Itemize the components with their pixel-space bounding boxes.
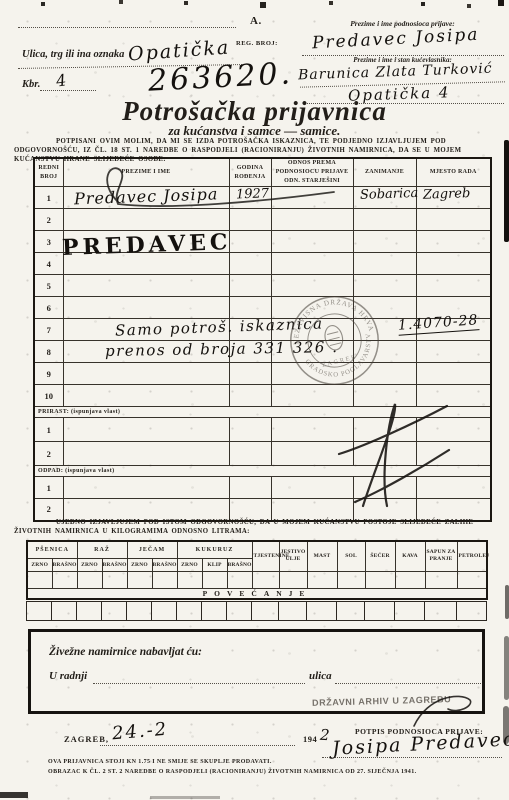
- workplace-cell: Zagreb: [416, 187, 491, 209]
- footer-line1: OVA PRIJAVNICA STOJI KN 1.75 I NE SMIJE …: [48, 759, 272, 765]
- supplies-group-header: ŠEĆER: [365, 541, 395, 571]
- year-printed: 194: [303, 734, 317, 744]
- supplies-cell: [52, 571, 77, 588]
- supplies-cell: [127, 571, 152, 588]
- supplies-group-header: SOL: [337, 541, 365, 571]
- occupation-cell: [353, 275, 416, 297]
- table-cell: [63, 442, 229, 466]
- shop-label: U radnji: [49, 670, 87, 682]
- increase-cell: [337, 602, 365, 621]
- workplace-cell: [416, 209, 491, 231]
- supplies-sub-header: KLIP: [202, 558, 227, 571]
- name-cell: [63, 385, 229, 407]
- year-cell: [229, 275, 271, 297]
- supplies-cell: [77, 571, 102, 588]
- member-year-handwriting: 1927: [229, 186, 269, 202]
- registration-number-handwriting: 263620.: [147, 56, 294, 99]
- supplies-group-header: JEČAM: [127, 541, 177, 558]
- workplace-cell: [416, 231, 491, 253]
- workplace-cell: [416, 363, 491, 385]
- prirast-row: 1: [34, 418, 491, 442]
- supplies-group-header: SAPUN ZA PRANJE: [425, 541, 457, 571]
- occupation-cell: Sobarica: [353, 187, 416, 209]
- increase-cell: [227, 602, 252, 621]
- table-cell: 2: [34, 499, 63, 521]
- food-supplies-table: PŠENICARAŽJEČAMKUKURUZTJESTENINEJESTIVO …: [26, 540, 488, 600]
- member-row: 5: [34, 275, 491, 297]
- occupation-cell: [353, 363, 416, 385]
- name-cell: [63, 209, 229, 231]
- table-cell: [416, 442, 491, 466]
- table-cell: [353, 442, 416, 466]
- purchase-heading: Živežne namirnice nabavljat ću:: [49, 646, 202, 658]
- year-cell: [229, 209, 271, 231]
- workplace-cell: [416, 385, 491, 407]
- year-cell: [229, 253, 271, 275]
- supplies-cell: [365, 571, 395, 588]
- name-cell: Predavec Josipa: [63, 187, 229, 209]
- member-row: 10: [34, 385, 491, 407]
- members-col-header: ODNOS PREMA PODNOSIOCU PRIJAVE ODN. STAR…: [271, 158, 353, 187]
- table-cell: [63, 418, 229, 442]
- increase-cell: [307, 602, 337, 621]
- relation-cell: [271, 209, 353, 231]
- shop-dotted-line: [93, 683, 305, 684]
- increase-cell: [202, 602, 227, 621]
- applicant-name-handwriting: Predavec Josipa: [312, 25, 480, 54]
- year-cell: [229, 297, 271, 319]
- povecanje-row: POVEĆANJE: [27, 588, 487, 599]
- table-cell: [271, 477, 353, 499]
- row-number-cell: 1: [34, 187, 63, 209]
- supplies-increase-strip: [26, 601, 487, 621]
- odpad-row: 1: [34, 477, 491, 499]
- table-cell: [271, 418, 353, 442]
- occupation-cell: [353, 341, 416, 363]
- relation-cell: [271, 231, 353, 253]
- kbr-value-handwriting: 4: [55, 70, 68, 90]
- supplies-cell: [227, 571, 252, 588]
- supplies-cell: [395, 571, 425, 588]
- increase-cell: [395, 602, 425, 621]
- members-col-header: MJESTO RADA: [416, 158, 491, 187]
- supplies-group-header: MAST: [307, 541, 337, 571]
- prirast-label: PRIRAST: (ispunjava vlast): [34, 407, 491, 418]
- odpad-band: ODPAD: (ispunjava vlast): [34, 466, 491, 477]
- occupation-cell: [353, 231, 416, 253]
- supplies-cell: [102, 571, 127, 588]
- supplies-cell: [307, 571, 337, 588]
- scan-edge-artifact: [0, 792, 28, 798]
- year-cell: 1927: [229, 187, 271, 209]
- year-cell: [229, 363, 271, 385]
- supplies-cell: [202, 571, 227, 588]
- relation-cell: [271, 385, 353, 407]
- workplace-cell: [416, 341, 491, 363]
- members-col-header: ZANIMANJE: [353, 158, 416, 187]
- member-row: 9: [34, 363, 491, 385]
- member-workplace-handwriting: Zagreb: [416, 186, 470, 203]
- row-number-cell: 4: [34, 253, 63, 275]
- row-number-cell: 7: [34, 319, 63, 341]
- name-cell: [63, 363, 229, 385]
- prirast-row: 2: [34, 442, 491, 466]
- name-cell: [63, 275, 229, 297]
- form-subtitle: za kućanstva i samce — samice.: [0, 123, 509, 139]
- reg-broj-label: REG. BROJ:: [236, 40, 278, 47]
- row-number-cell: 5: [34, 275, 63, 297]
- supplies-cell: [279, 571, 307, 588]
- row-number-cell: 9: [34, 363, 63, 385]
- row-number-cell: 3: [34, 231, 63, 253]
- date-handwriting: 24.-2: [111, 719, 169, 745]
- increase-cell: [77, 602, 102, 621]
- supplies-sub-header: BRAŠNO: [52, 558, 77, 571]
- increase-cell: [425, 602, 457, 621]
- city-label: ZAGREB,: [64, 734, 109, 744]
- increase-cell: [177, 602, 202, 621]
- supplies-cell: [457, 571, 487, 588]
- section-letter: A.: [250, 15, 262, 27]
- table-cell: [416, 477, 491, 499]
- scan-edge-artifact: [504, 140, 509, 242]
- supplies-group-header: JESTIVO ULJE: [279, 541, 307, 571]
- workplace-cell: [416, 275, 491, 297]
- supplies-cell: [425, 571, 457, 588]
- scan-edge-artifact: [150, 796, 220, 799]
- supplies-sub-header: ZRNO: [127, 558, 152, 571]
- occupation-cell: [353, 385, 416, 407]
- supplies-cell: [177, 571, 202, 588]
- relation-cell: [271, 253, 353, 275]
- members-col-header: GODINA ROĐENJA: [229, 158, 271, 187]
- street-label-box: ulica: [309, 670, 332, 682]
- table-cell: 1: [34, 477, 63, 499]
- odpad-label: ODPAD: (ispunjava vlast): [34, 466, 491, 477]
- member-row: 1Predavec Josipa1927SobaricaZagreb: [34, 187, 491, 209]
- date-dotted-line: [100, 745, 295, 746]
- relation-cell: [271, 363, 353, 385]
- header-dotted-line: [18, 27, 236, 28]
- year-cell: [229, 231, 271, 253]
- table-cell: 1: [34, 418, 63, 442]
- increase-cell: [52, 602, 77, 621]
- supplies-sub-header: BRAŠNO: [152, 558, 177, 571]
- table-cell: [229, 477, 271, 499]
- row-number-cell: 6: [34, 297, 63, 319]
- members-col-header: REDNI BROJ: [34, 158, 63, 187]
- scan-edge-artifact: [504, 636, 509, 700]
- increase-cell: [127, 602, 152, 621]
- increase-cell: [279, 602, 307, 621]
- year-handwriting: 2: [320, 726, 330, 744]
- supplies-group-header: KUKURUZ: [177, 541, 252, 558]
- table-cell: [229, 442, 271, 466]
- table-cell: [63, 477, 229, 499]
- relation-cell: [271, 275, 353, 297]
- supplies-cell: [152, 571, 177, 588]
- increase-cell: [152, 602, 177, 621]
- increase-cell: [27, 602, 52, 621]
- row-number-cell: 8: [34, 341, 63, 363]
- table-cell: [63, 499, 229, 521]
- supplies-data-row: [27, 571, 487, 588]
- table-cell: [353, 499, 416, 521]
- signature-dotted-line: [322, 757, 502, 758]
- year-cell: [229, 385, 271, 407]
- relation-cell: [271, 187, 353, 209]
- member-name-handwriting: Predavec Josipa: [63, 184, 218, 208]
- supplies-cell: [252, 571, 279, 588]
- supplies-cell: [27, 571, 52, 588]
- supplies-group-header: KAVA: [395, 541, 425, 571]
- table-cell: [271, 442, 353, 466]
- supplies-sub-header: BRAŠNO: [227, 558, 252, 571]
- supplies-group-header: PŠENICA: [27, 541, 77, 558]
- table-cell: [416, 499, 491, 521]
- name-cell: [63, 297, 229, 319]
- row-number-cell: 2: [34, 209, 63, 231]
- scanned-form-page: A. REG. BROJ: Ulica, trg ili ina oznaka …: [0, 0, 509, 800]
- table-cell: [229, 418, 271, 442]
- supplies-declaration: UJEDNO IZJAVLJUJEM POD ISTOM ODGOVORNOŠĆ…: [14, 519, 492, 537]
- increase-cell: [457, 602, 487, 621]
- landlord-name-handwriting: Barunica Zlata Turković: [298, 61, 493, 84]
- table-cell: [229, 499, 271, 521]
- table-cell: [353, 418, 416, 442]
- prirast-band: PRIRAST: (ispunjava vlast): [34, 407, 491, 418]
- kbr-dotted-line: [40, 90, 96, 91]
- table-cell: [353, 477, 416, 499]
- supplies-cell: [337, 571, 365, 588]
- table-cell: [416, 418, 491, 442]
- supplies-sub-header: ZRNO: [177, 558, 202, 571]
- footer-line2: OBRAZAC K ČL. 2 ST. 2 NAREDBE O RASPODJE…: [48, 769, 417, 775]
- supplies-group-header: PETROLEJ: [457, 541, 487, 571]
- supplies-sub-header: BRAŠNO: [102, 558, 127, 571]
- increase-cell: [102, 602, 127, 621]
- supplies-sub-header: ZRNO: [77, 558, 102, 571]
- scan-specks-top: [0, 0, 2, 2]
- table-cell: [271, 499, 353, 521]
- member-occupation-handwriting: Sobarica: [353, 186, 418, 203]
- supplies-group-header: TJESTENINE: [252, 541, 279, 571]
- street-label: Ulica, trg ili ina oznaka: [22, 49, 124, 60]
- row-number-cell: 10: [34, 385, 63, 407]
- increase-cell: [252, 602, 279, 621]
- table-cell: 2: [34, 442, 63, 466]
- increase-strip-row: [27, 602, 487, 621]
- scan-edge-artifact: [505, 585, 509, 619]
- street-dotted-line-box: [335, 683, 481, 684]
- occupation-cell: [353, 253, 416, 275]
- increase-cell: [365, 602, 395, 621]
- odpad-row: 2: [34, 499, 491, 521]
- kbr-label: Kbr.: [22, 79, 40, 90]
- members-col-header: PREZIME I IME: [63, 158, 229, 187]
- occupation-cell: [353, 209, 416, 231]
- povecanje-label: POVEĆANJE: [27, 588, 487, 599]
- supplies-sub-header: ZRNO: [27, 558, 52, 571]
- occupation-cell: [353, 297, 416, 319]
- member-row: 2: [34, 209, 491, 231]
- workplace-cell: [416, 253, 491, 275]
- supplies-group-header: RAŽ: [77, 541, 127, 558]
